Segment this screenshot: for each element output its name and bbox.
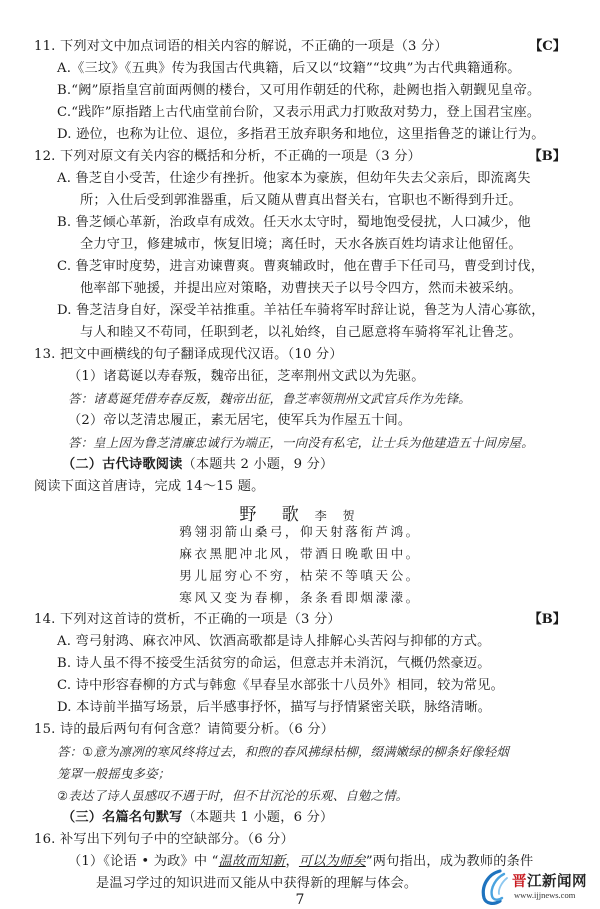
- q11-stem-text: 下列对文中加点词语的相关内容的解说，不正确的一项是（3 分）: [60, 39, 448, 54]
- section3-note: （本题共 1 小题，6 分）: [183, 810, 334, 825]
- q16-item1-prefix: （1）《论语 • 为政》中 “: [68, 854, 219, 869]
- poem-author: 李 贺: [315, 509, 361, 523]
- q14-option-c: C. 诗中形容春柳的方式与韩愈《早春呈水部张十八员外》相同，较为常见。: [57, 676, 504, 696]
- section2-heading: （二）古代诗歌阅读（本题共 2 小题，9 分）: [62, 455, 333, 475]
- q13-item1-answer: 答：诸葛诞凭借寿春反叛，魏帝出征，鲁芝率领荆州文武官兵作为先锋。: [68, 389, 471, 409]
- q16-item1-suffix: ”两句指出，成为教师的条件: [366, 854, 534, 869]
- q13-item2-answer: 答：皇上因为鲁芝清廉忠诚行为端正，一向没有私宅，让士兵为他建造五十间房屋。: [68, 433, 534, 453]
- section3-heading: （三）名篇名句默写（本题共 1 小题，6 分）: [62, 808, 333, 828]
- q12-option-a-line1: A. 鲁芝自小受苦，仕途少有挫折。他家本为豪族，但幼年失去父亲后，即流离失: [57, 169, 531, 189]
- q14-option-d: D. 本诗前半描写场景，后半感事抒怀，描写与抒情紧密关联，脉络清晰。: [57, 698, 491, 718]
- q12-stem: 12. 下列对原文有关内容的概括和分析，不正确的一项是（3 分）: [34, 147, 421, 167]
- q12-number: 12.: [34, 149, 56, 164]
- poem-line-1: 鸦翎羽箭山桑弓，仰天射落衔芦鸿。: [0, 522, 600, 542]
- section2-note: （本题共 2 小题，9 分）: [183, 457, 334, 472]
- poem-line-3: 男儿屈穷心不穷，枯荣不等嗔天公。: [0, 566, 600, 586]
- q15-answer-line1: 答：①意为凛冽的寒风终将过去，和煦的春风拂绿枯柳，缀满嫩绿的柳条好像轻烟: [57, 742, 509, 762]
- q11-option-d: D. 逊位，也称为让位、退位，多指君王放弃职务和地位，这里指鲁芝的谦让行为。: [57, 125, 545, 145]
- q12-option-d-line2: 与人和睦又不苟同，任职到老，以礼始终，自己愿意将车骑将军礼让鲁芝。: [80, 323, 522, 343]
- q12-option-b-line2: 全力守卫，修建城市，恢复旧境；离任时，天水各族百姓均请求让他留任。: [80, 235, 522, 255]
- q11-option-c: C.“践阼”原指踏上古代庙堂前台阶，又表示用武力打败敌对势力，登上国君宝座。: [57, 103, 540, 123]
- q16-stem-text: 补写出下列句子中的空缺部分。（6 分）: [60, 832, 294, 847]
- q16-stem: 16. 补写出下列句子中的空缺部分。（6 分）: [34, 830, 294, 850]
- q11-answer-key: 【C】: [529, 37, 566, 57]
- q14-stem: 14. 下列对这首诗的赏析，不正确的一项是（3 分）: [34, 610, 341, 630]
- poem-line-4: 寒风又变为春柳，条条看即烟濛濛。: [0, 588, 600, 608]
- logo-url: www.ijjnews.com: [514, 890, 575, 900]
- q12-stem-text: 下列对原文有关内容的概括和分析，不正确的一项是（3 分）: [60, 149, 421, 164]
- q12-answer-key: 【B】: [528, 147, 566, 167]
- q16-sep: ，: [286, 854, 299, 869]
- q16-number: 16.: [34, 832, 56, 847]
- section2-instruction: 阅读下面这首唐诗，完成 14～15 题。: [34, 477, 265, 497]
- q11-option-a: A.《三坟》《五典》传为我国古代典籍，后又以“坟籍”“坟典”为古代典籍通称。: [57, 59, 521, 79]
- q11-number: 11.: [34, 39, 56, 54]
- q16-item1-line1: （1）《论语 • 为政》中 “温故而知新，可以为师矣”两句指出，成为教师的条件: [68, 852, 533, 872]
- q14-stem-text: 下列对这首诗的赏析，不正确的一项是（3 分）: [60, 612, 341, 627]
- q16-item1-line2: 是温习学过的知识进而又能从中获得新的理解与体会。: [96, 874, 417, 894]
- q16-blank2: 可以为师矣: [299, 854, 366, 869]
- section3-title: （三）名篇名句默写: [62, 810, 183, 825]
- q13-item1-prompt: （1）诸葛诞以寿春叛，魏帝出征，芝率荆州文武以为先驱。: [68, 367, 425, 387]
- section2-title: （二）古代诗歌阅读: [62, 457, 183, 472]
- q12-option-c-line2: 他率部下驰援，并提出应对策略，劝曹挟天子以号令四方，然而未被采纳。: [80, 279, 522, 299]
- q14-option-a: A. 弯弓射鸿、麻衣冲风、饮酒高歌都是诗人排解心头苦闷与抑郁的方式。: [57, 632, 491, 652]
- q15-stem-text: 诗的最后两句有何含意？请简要分析。（6 分）: [60, 722, 334, 737]
- q12-option-a-line2: 所；入仕后受到郭淮器重，后又随从曹真出督关右，官职也不断得到升迁。: [80, 191, 522, 211]
- q13-stem-text: 把文中画横线的句子翻译成现代汉语。（10 分）: [60, 347, 343, 362]
- q12-option-b-line1: B. 鲁芝倾心革新，治政卓有成效。任天水太守时，蜀地饱受侵扰，人口减少，他: [57, 213, 531, 233]
- q13-item2-prompt: （2）帝以芝清忠履正，素无居宅，使军兵为作屋五十间。: [68, 411, 411, 431]
- q14-answer-key: 【B】: [528, 610, 566, 630]
- logo-swirl-icon: [478, 868, 512, 906]
- logo-text: 晋江新闻网: [512, 870, 587, 891]
- q12-option-c-line1: C. 鲁芝审时度势，进言劝谏曹爽。曹爽辅政时，他在曹手下任司马，曹受到讨伐，: [57, 257, 544, 277]
- q15-number: 15.: [34, 722, 56, 737]
- q13-stem: 13. 把文中画横线的句子翻译成现代汉语。（10 分）: [34, 345, 343, 365]
- q16-blank1: 温故而知新: [219, 854, 286, 869]
- q11-option-b: B.“阙”原指皇宫前面两侧的楼台，又可用作朝廷的代称，赴阙也指入朝觐见皇帝。: [57, 81, 540, 101]
- q15-answer-line3: ②表达了诗人虽感叹不遇于时，但不甘沉沦的乐观、自勉之情。: [57, 786, 408, 806]
- q13-number: 13.: [34, 347, 56, 362]
- site-logo[interactable]: 晋江新闻网 www.ijjnews.com: [478, 868, 598, 908]
- q15-answer-line2: 笼罩一般摇曳多姿；: [57, 764, 170, 784]
- poem-line-2: 麻衣黑肥冲北风，带酒日晚歌田中。: [0, 544, 600, 564]
- q11-stem: 11. 下列对文中加点词语的相关内容的解说，不正确的一项是（3 分）: [34, 37, 448, 57]
- q14-number: 14.: [34, 612, 56, 627]
- q14-option-b: B. 诗人虽不得不接受生活贫穷的命运，但意志并未消沉，气概仍然豪迈。: [57, 654, 491, 674]
- q15-stem: 15. 诗的最后两句有何含意？请简要分析。（6 分）: [34, 720, 334, 740]
- q12-option-d-line1: D. 鲁芝洁身自好，深受羊祜推重。羊祜任车骑将军时辞让说，鲁芝为人清心寡欲，: [57, 301, 545, 321]
